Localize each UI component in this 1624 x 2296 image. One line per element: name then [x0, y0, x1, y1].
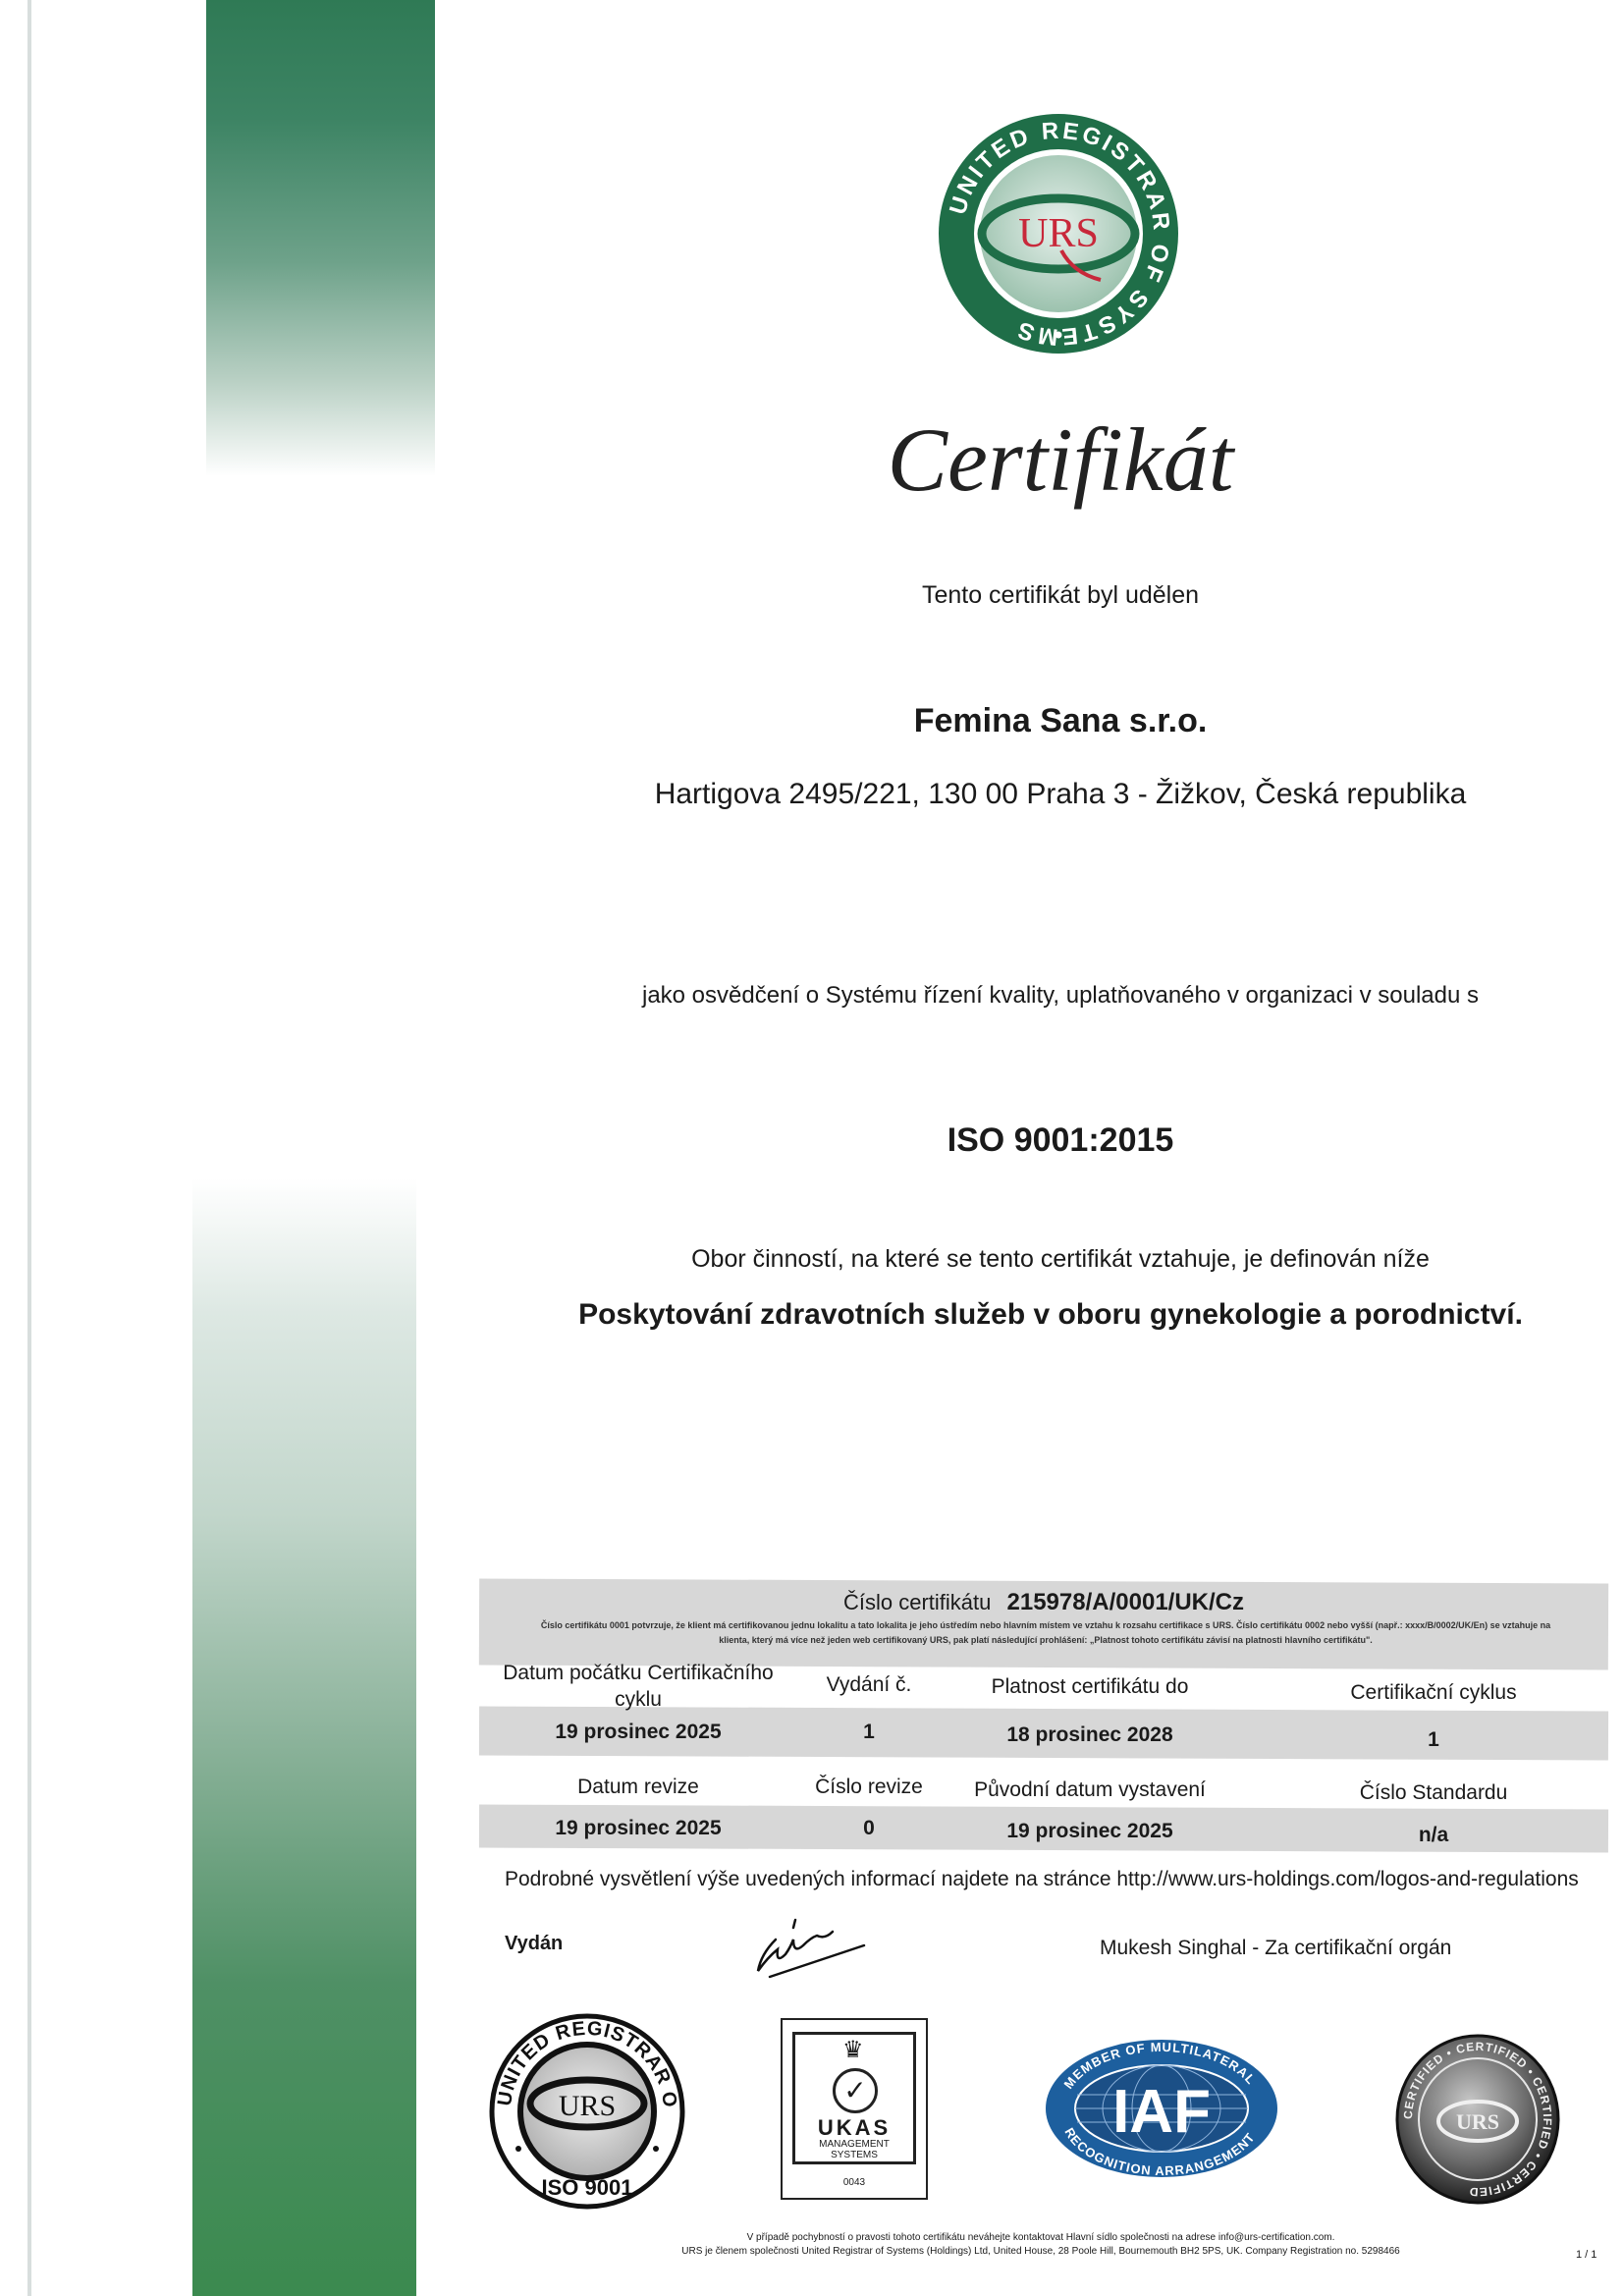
- urs-logo-icon: UNITED REGISTRAR OF SYSTEMS URS: [936, 111, 1181, 356]
- page-edge-line: [27, 0, 31, 2296]
- ukas-title: UKAS: [795, 2115, 913, 2141]
- fine-print-line-2: klienta, který má více než jeden web cer…: [491, 1633, 1600, 1648]
- check-circle-icon: ✓: [833, 2068, 878, 2113]
- iaf-logo-icon: IAF MEMBER OF MULTILATERAL RECOGNITION A…: [1044, 2038, 1279, 2180]
- ukas-line2: SYSTEMS: [795, 2150, 913, 2160]
- value-valid-until: 18 prosinec 2028: [943, 1723, 1237, 1747]
- scope-label: Obor činností, na které se tento certifi…: [550, 1245, 1571, 1274]
- header-original-issue-date: Původní datum vystavení: [943, 1778, 1237, 1802]
- scope-text: Poskytování zdravotních služeb v oboru g…: [491, 1298, 1610, 1332]
- value-standard-no: n/a: [1267, 1824, 1600, 1847]
- header-issue-no: Vydání č.: [795, 1671, 943, 1698]
- header-standard-no: Číslo Standardu: [1267, 1781, 1600, 1805]
- details-note: Podrobné vysvětlení výše uvedených infor…: [505, 1868, 1579, 1891]
- urs-iso9001-logo-icon: UNITED REGISTRAR OF SYSTEMS ISO 9001 URS: [489, 2013, 685, 2210]
- svg-text:URS: URS: [1018, 211, 1099, 256]
- header-revision-no: Číslo revize: [795, 1776, 943, 1799]
- value-issue-no: 1: [795, 1721, 943, 1744]
- page-number: 1 / 1: [1576, 2249, 1597, 2261]
- svg-text:ISO 9001: ISO 9001: [542, 2175, 633, 2200]
- decorative-stripe-bottom: [192, 1178, 416, 2296]
- value-cycle-start: 19 prosinec 2025: [481, 1721, 795, 1744]
- header-cycle-start: Datum počátku Certifikačního cyklu: [481, 1660, 795, 1713]
- value-revision-no: 0: [795, 1817, 943, 1840]
- certification-statement: jako osvědčení o Systému řízení kvality,…: [550, 982, 1571, 1010]
- ukas-logo: ♛ ✓ UKAS MANAGEMENT SYSTEMS 0043: [781, 2018, 928, 2200]
- footer-company-info: URS je členem společnosti United Registr…: [550, 2246, 1532, 2257]
- value-cert-cycle: 1: [1267, 1728, 1600, 1752]
- value-original-issue-date: 19 prosinec 2025: [943, 1820, 1237, 1843]
- company-address: Hartigova 2495/221, 130 00 Praha 3 - Žiž…: [550, 778, 1571, 811]
- ukas-line1: MANAGEMENT: [795, 2139, 913, 2150]
- value-revision-date: 19 prosinec 2025: [481, 1817, 795, 1840]
- issued-label: Vydán: [505, 1933, 563, 1955]
- svg-text:IAF: IAF: [1112, 2078, 1211, 2146]
- footer-authenticity-note: V případě pochybností o pravosti tohoto …: [550, 2232, 1532, 2243]
- signature-icon: [746, 1910, 884, 1979]
- cert-number-fine-print: Číslo certifikátu 0001 potvrzuje, že kli…: [491, 1618, 1600, 1648]
- certified-seal-icon: CERTIFIED • CERTIFIED • CERTIFIED • CERT…: [1394, 2033, 1561, 2205]
- svg-text:URS: URS: [1456, 2109, 1499, 2134]
- cert-number-label: Číslo certifikátu: [843, 1590, 991, 1614]
- awarded-to-label: Tento certifikát byl udělen: [628, 581, 1492, 610]
- cert-number-value: 215978/A/0001/UK/Cz: [1007, 1589, 1244, 1615]
- header-revision-date: Datum revize: [481, 1776, 795, 1799]
- ukas-number: 0043: [783, 2177, 926, 2188]
- signer-name: Mukesh Singhal - Za certifikační orgán: [1100, 1937, 1451, 1960]
- certificate-number: Číslo certifikátu 215978/A/0001/UK/Cz: [479, 1589, 1608, 1616]
- certificate-title: Certifikát: [628, 408, 1492, 512]
- fine-print-line-1: Číslo certifikátu 0001 potvrzuje, že kli…: [491, 1618, 1600, 1633]
- svg-text:URS: URS: [559, 2090, 616, 2122]
- decorative-stripe-top: [206, 0, 435, 476]
- header-cert-cycle: Certifikační cyklus: [1267, 1679, 1600, 1706]
- company-name: Femina Sana s.r.o.: [628, 702, 1492, 740]
- standard-name: ISO 9001:2015: [628, 1121, 1492, 1160]
- header-valid-until: Platnost certifikátu do: [943, 1673, 1237, 1700]
- crown-icon: ♛: [842, 2039, 864, 2062]
